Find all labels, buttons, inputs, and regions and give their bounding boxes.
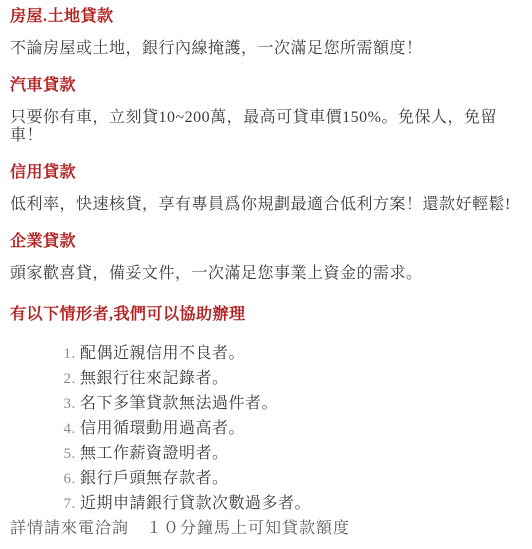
list-item: 近期申請銀行貸款次數過多者。 (80, 495, 524, 512)
list-item: 配偶近親信用不良者。 (80, 345, 524, 362)
heading-credit-loan: 信用貸款 (10, 164, 524, 181)
loan-ad-page: { "colors": { "heading_red": "#b22222", … (0, 0, 532, 549)
heading-business-loan: 企業貸款 (10, 233, 524, 250)
body-business-loan: 頭家歡喜貸，備妥文件，一次滿足您事業上資金的需求。 (10, 265, 524, 283)
list-item: 名下多筆貸款無法過件者。 (80, 395, 524, 412)
conditions-list: 配偶近親信用不良者。 無銀行往來記錄者。 名下多筆貸款無法過件者。 信用循環動用… (10, 345, 524, 512)
list-item: 無銀行往來記錄者。 (80, 370, 524, 387)
list-item: 無工作薪資證明者。 (80, 445, 524, 462)
contact-footer-line: 詳情請來電洽詢 １０分鐘馬上可知貸款額度 (10, 520, 524, 538)
body-credit-loan: 低利率，快速核貸，享有專員爲你規劃最適合低利方案！還款好輕鬆! (10, 196, 524, 214)
list-item: 銀行戶頭無存款者。 (80, 470, 524, 487)
body-house-land-loan: 不論房屋或土地，銀行內線掩護，一次滿足您所需額度！ (10, 40, 524, 58)
loan-sections: 房屋.土地貸款 不論房屋或土地，銀行內線掩護，一次滿足您所需額度！ 汽車貸款 只… (10, 8, 524, 283)
body-car-loan: 只要你有車，立刻貸10~200萬，最高可貸車價150%。免保人，免留車！ (10, 109, 524, 145)
heading-assistance-conditions: 有以下情形者,我們可以協助辦理 (10, 306, 524, 323)
heading-house-land-loan: 房屋.土地貸款 (10, 8, 524, 25)
heading-car-loan: 汽車貸款 (10, 77, 524, 94)
list-item: 信用循環動用過高者。 (80, 420, 524, 437)
